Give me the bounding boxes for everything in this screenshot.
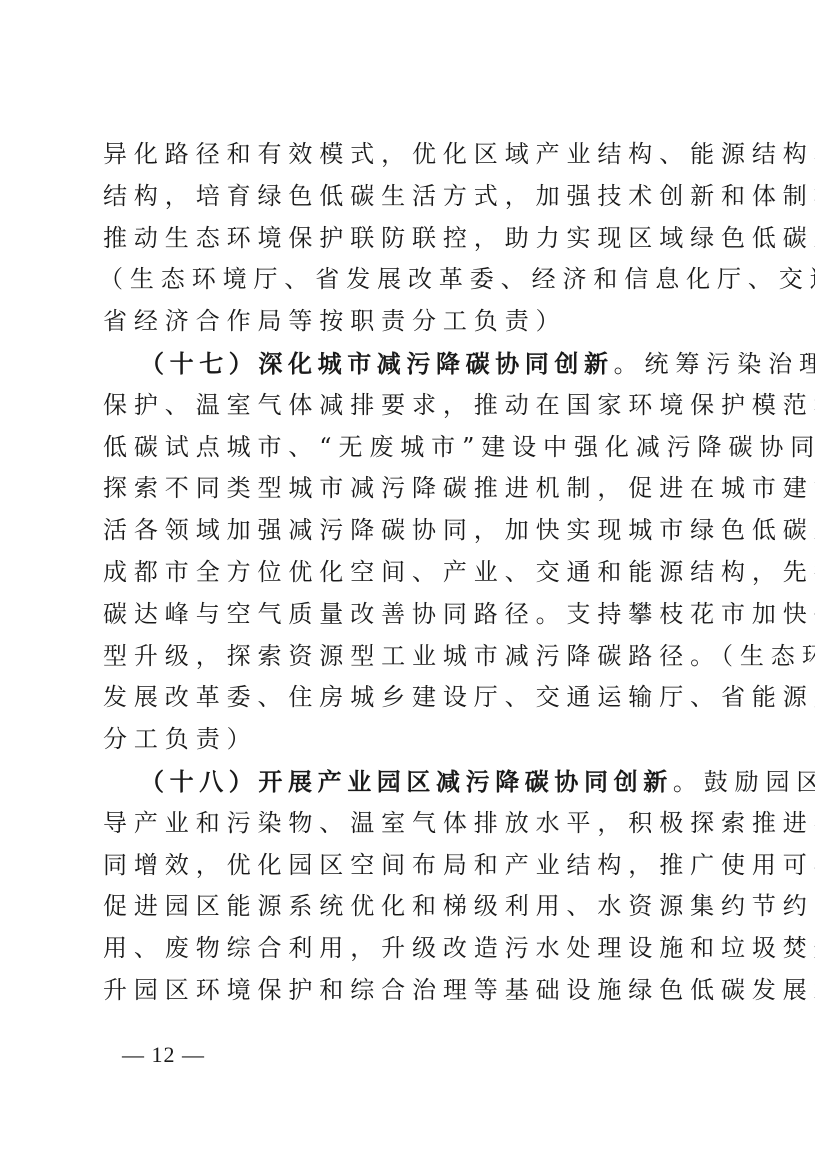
document-page: 异化路径和有效模式，优化区域产业结构、能源结构、交通运输 结构，培育绿色低碳生活… (0, 0, 815, 1150)
page-number: — 12 — (122, 1042, 205, 1068)
body-line: 用、废物综合利用，升级改造污水处理设施和垃圾焚烧设施，提 (103, 928, 728, 970)
body-line: 推动生态环境保护联防联控，助力实现区域绿色低碳发展目标。 (103, 218, 728, 260)
body-line: 发展改革委、住房城乡建设厅、交通运输厅、省能源局等按职责 (103, 677, 728, 719)
body-line: 结构，培育绿色低碳生活方式，加强技术创新和体制机制创新， (103, 176, 728, 218)
body-line: 异化路径和有效模式，优化区域产业结构、能源结构、交通运输 (103, 134, 728, 176)
section-18-heading: （十八）开展产业园区减污降碳协同创新 (140, 767, 673, 796)
body-line: 型升级，探索资源型工业城市减污降碳路径。（生态环境厅、省 (103, 636, 728, 678)
body-text-span: 。统筹污染治理、生态 (614, 350, 815, 378)
body-line: 碳达峰与空气质量改善协同路径。支持攀枝花市加快传统产业转 (103, 594, 728, 636)
body-line: 升园区环境保护和综合治理等基础设施绿色低碳发展水平。推动 (103, 970, 728, 1012)
section-17-first-line: （十七）深化城市减污降碳协同创新。统筹污染治理、生态 (103, 343, 728, 385)
document-body: 异化路径和有效模式，优化区域产业结构、能源结构、交通运输 结构，培育绿色低碳生活… (103, 134, 728, 1012)
body-line: 保护、温室气体减排要求，推动在国家环境保护模范城市、国家 (103, 385, 728, 427)
body-line: 分工负责） (103, 719, 728, 761)
body-line: 活各领域加强减污降碳协同，加快实现城市绿色低碳发展。推动 (103, 510, 728, 552)
section-18-first-line: （十八）开展产业园区减污降碳协同创新。鼓励园区根据主 (103, 761, 728, 803)
section-17-heading: （十七）深化城市减污降碳协同创新 (140, 349, 614, 378)
responsibility-note-line: 省经济合作局等按职责分工负责） (103, 301, 728, 343)
body-line: 促进园区能源系统优化和梯级利用、水资源集约节约高效循环利 (103, 886, 728, 928)
body-line: 探索不同类型城市减污降碳推进机制，促进在城市建设、生产生 (103, 468, 728, 510)
body-line: 同增效，优化园区空间布局和产业结构，推广使用可再生能源， (103, 845, 728, 887)
body-line: 低碳试点城市、“无废城市”建设中强化减污降碳协同增效要求， (103, 427, 728, 469)
body-text-span: 。鼓励园区根据主 (673, 768, 815, 796)
responsibility-note-line: （生态环境厅、省发展改革委、经济和信息化厅、交通运输厅、 (99, 259, 728, 301)
body-line: 成都市全方位优化空间、产业、交通和能源结构，先行先试探索 (103, 552, 728, 594)
body-line: 导产业和污染物、温室气体排放水平，积极探索推进减污降碳协 (103, 803, 728, 845)
